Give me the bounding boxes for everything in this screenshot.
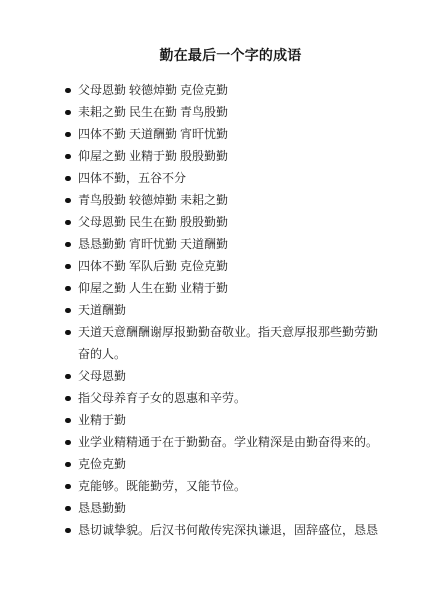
list-item-text: 业学业精精通于在于勤勤奋。学业精深是由勤奋得来的。	[78, 435, 378, 449]
bullet-icon	[65, 132, 71, 138]
list-item: 指父母养育子女的恩惠和辛劳。	[78, 387, 383, 409]
bullet-icon	[65, 396, 71, 402]
bullet-icon	[65, 154, 71, 160]
bullet-icon	[65, 242, 71, 248]
list-item: 克能够。既能勤劳，又能节俭。	[78, 475, 383, 497]
list-item-text: 仰屋之勤 业精于勤 殷殷勤勤	[78, 149, 228, 163]
bullet-icon	[65, 198, 71, 204]
bullet-icon	[65, 506, 71, 512]
list-item: 青鸟殷勤 较德焯勤 耒耜之勤	[78, 189, 383, 211]
list-item: 仰屋之勤 人生在勤 业精于勤	[78, 277, 383, 299]
list-item: 恳恳勤勤 宵旰忧勤 天道酬勤	[78, 233, 383, 255]
list-item-text: 四体不勤 天道酬勤 宵旰忧勤	[78, 127, 228, 141]
bullet-icon	[65, 308, 71, 314]
list-item: 仰屋之勤 业精于勤 殷殷勤勤	[78, 145, 383, 167]
list-item-text: 克俭克勤	[78, 457, 126, 471]
page-title: 勤在最后一个字的成语	[78, 47, 383, 66]
list-item-text: 恳恳勤勤	[78, 501, 126, 515]
list-item-text: 克能够。既能勤劳，又能节俭。	[78, 479, 246, 493]
list-item-text: 仰屋之勤 人生在勤 业精于勤	[78, 281, 228, 295]
bullet-icon	[65, 484, 71, 490]
list-item-text: 父母恩勤	[78, 369, 126, 383]
list-item: 四体不勤，五谷不分	[78, 167, 383, 189]
list-item: 父母恩勤 较德焯勤 克俭克勤	[78, 79, 383, 101]
document-page: 勤在最后一个字的成语 父母恩勤 较德焯勤 克俭克勤 耒耜之勤 民生在勤 青鸟殷勤…	[0, 0, 424, 600]
list-item-text: 指父母养育子女的恩惠和辛劳。	[78, 391, 246, 405]
list-item: 四体不勤 军队后勤 克俭克勤	[78, 255, 383, 277]
list-item-text: 父母恩勤 较德焯勤 克俭克勤	[78, 83, 228, 97]
idiom-list: 父母恩勤 较德焯勤 克俭克勤 耒耜之勤 民生在勤 青鸟殷勤 四体不勤 天道酬勤 …	[78, 79, 383, 541]
list-item-text: 天道天意酬酬谢厚报勤勤奋敬业。指天意厚报那些勤劳勤奋的人。	[78, 325, 378, 361]
list-item-text: 耒耜之勤 民生在勤 青鸟殷勤	[78, 105, 228, 119]
bullet-icon	[65, 330, 71, 336]
list-item: 天道酬勤	[78, 299, 383, 321]
list-item: 四体不勤 天道酬勤 宵旰忧勤	[78, 123, 383, 145]
list-item-text: 恳恳勤勤 宵旰忧勤 天道酬勤	[78, 237, 228, 251]
bullet-icon	[65, 286, 71, 292]
list-item: 恳切诚挚貌。后汉书何敞传宪深执谦退，固辞盛位，恳恳	[78, 519, 383, 541]
list-item-text: 天道酬勤	[78, 303, 126, 317]
list-item: 父母恩勤 民生在勤 殷殷勤勤	[78, 211, 383, 233]
bullet-icon	[65, 462, 71, 468]
list-item: 业学业精精通于在于勤勤奋。学业精深是由勤奋得来的。	[78, 431, 383, 453]
bullet-icon	[65, 374, 71, 380]
bullet-icon	[65, 110, 71, 116]
bullet-icon	[65, 88, 71, 94]
list-item: 父母恩勤	[78, 365, 383, 387]
list-item-text: 青鸟殷勤 较德焯勤 耒耜之勤	[78, 193, 228, 207]
list-item: 恳恳勤勤	[78, 497, 383, 519]
list-item: 耒耜之勤 民生在勤 青鸟殷勤	[78, 101, 383, 123]
bullet-icon	[65, 264, 71, 270]
bullet-icon	[65, 528, 71, 534]
bullet-icon	[65, 440, 71, 446]
list-item-text: 恳切诚挚貌。后汉书何敞传宪深执谦退，固辞盛位，恳恳	[78, 523, 378, 537]
list-item: 克俭克勤	[78, 453, 383, 475]
list-item: 天道天意酬酬谢厚报勤勤奋敬业。指天意厚报那些勤劳勤奋的人。	[78, 321, 383, 365]
bullet-icon	[65, 220, 71, 226]
list-item-text: 父母恩勤 民生在勤 殷殷勤勤	[78, 215, 228, 229]
list-item-text: 四体不勤 军队后勤 克俭克勤	[78, 259, 228, 273]
list-item-text: 四体不勤，五谷不分	[78, 171, 186, 185]
list-item-text: 业精于勤	[78, 413, 126, 427]
bullet-icon	[65, 418, 71, 424]
bullet-icon	[65, 176, 71, 182]
list-item: 业精于勤	[78, 409, 383, 431]
